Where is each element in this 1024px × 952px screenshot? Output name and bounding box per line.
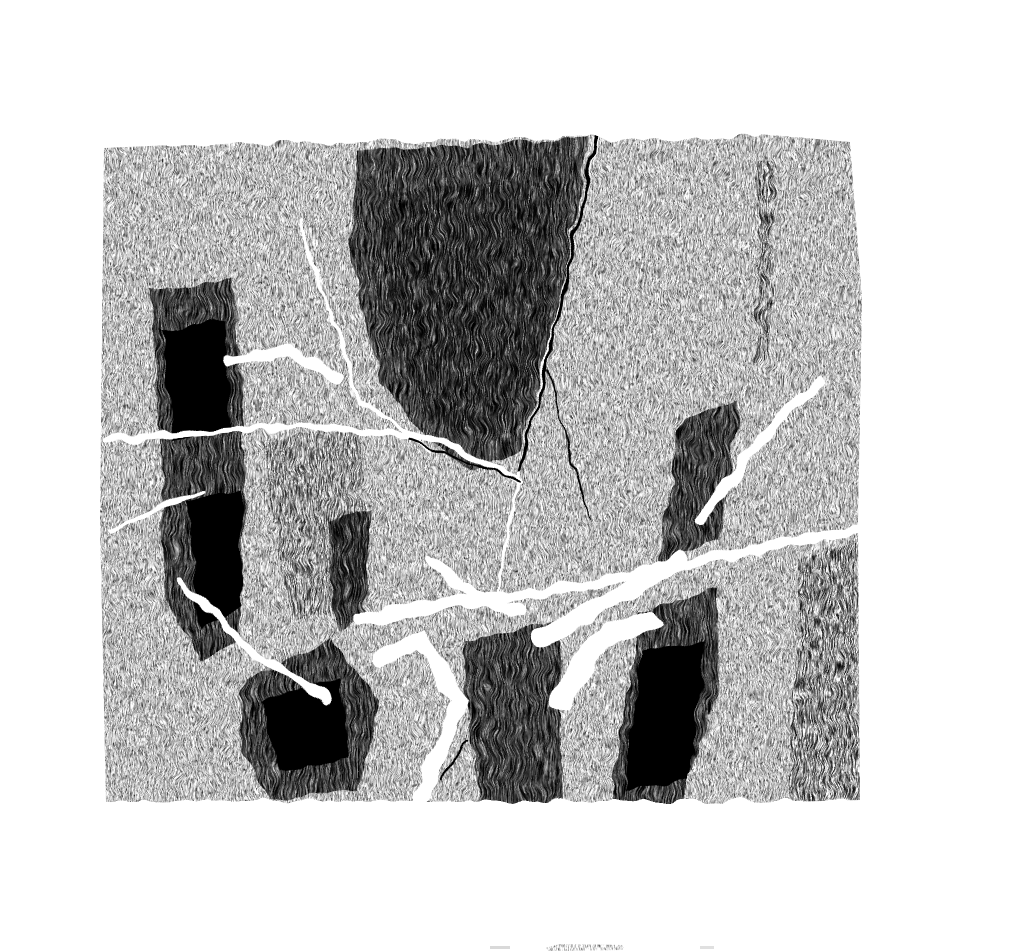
margin-smudge [545, 944, 625, 951]
monoprint-artwork [0, 0, 1024, 952]
paper-background [0, 0, 1024, 952]
